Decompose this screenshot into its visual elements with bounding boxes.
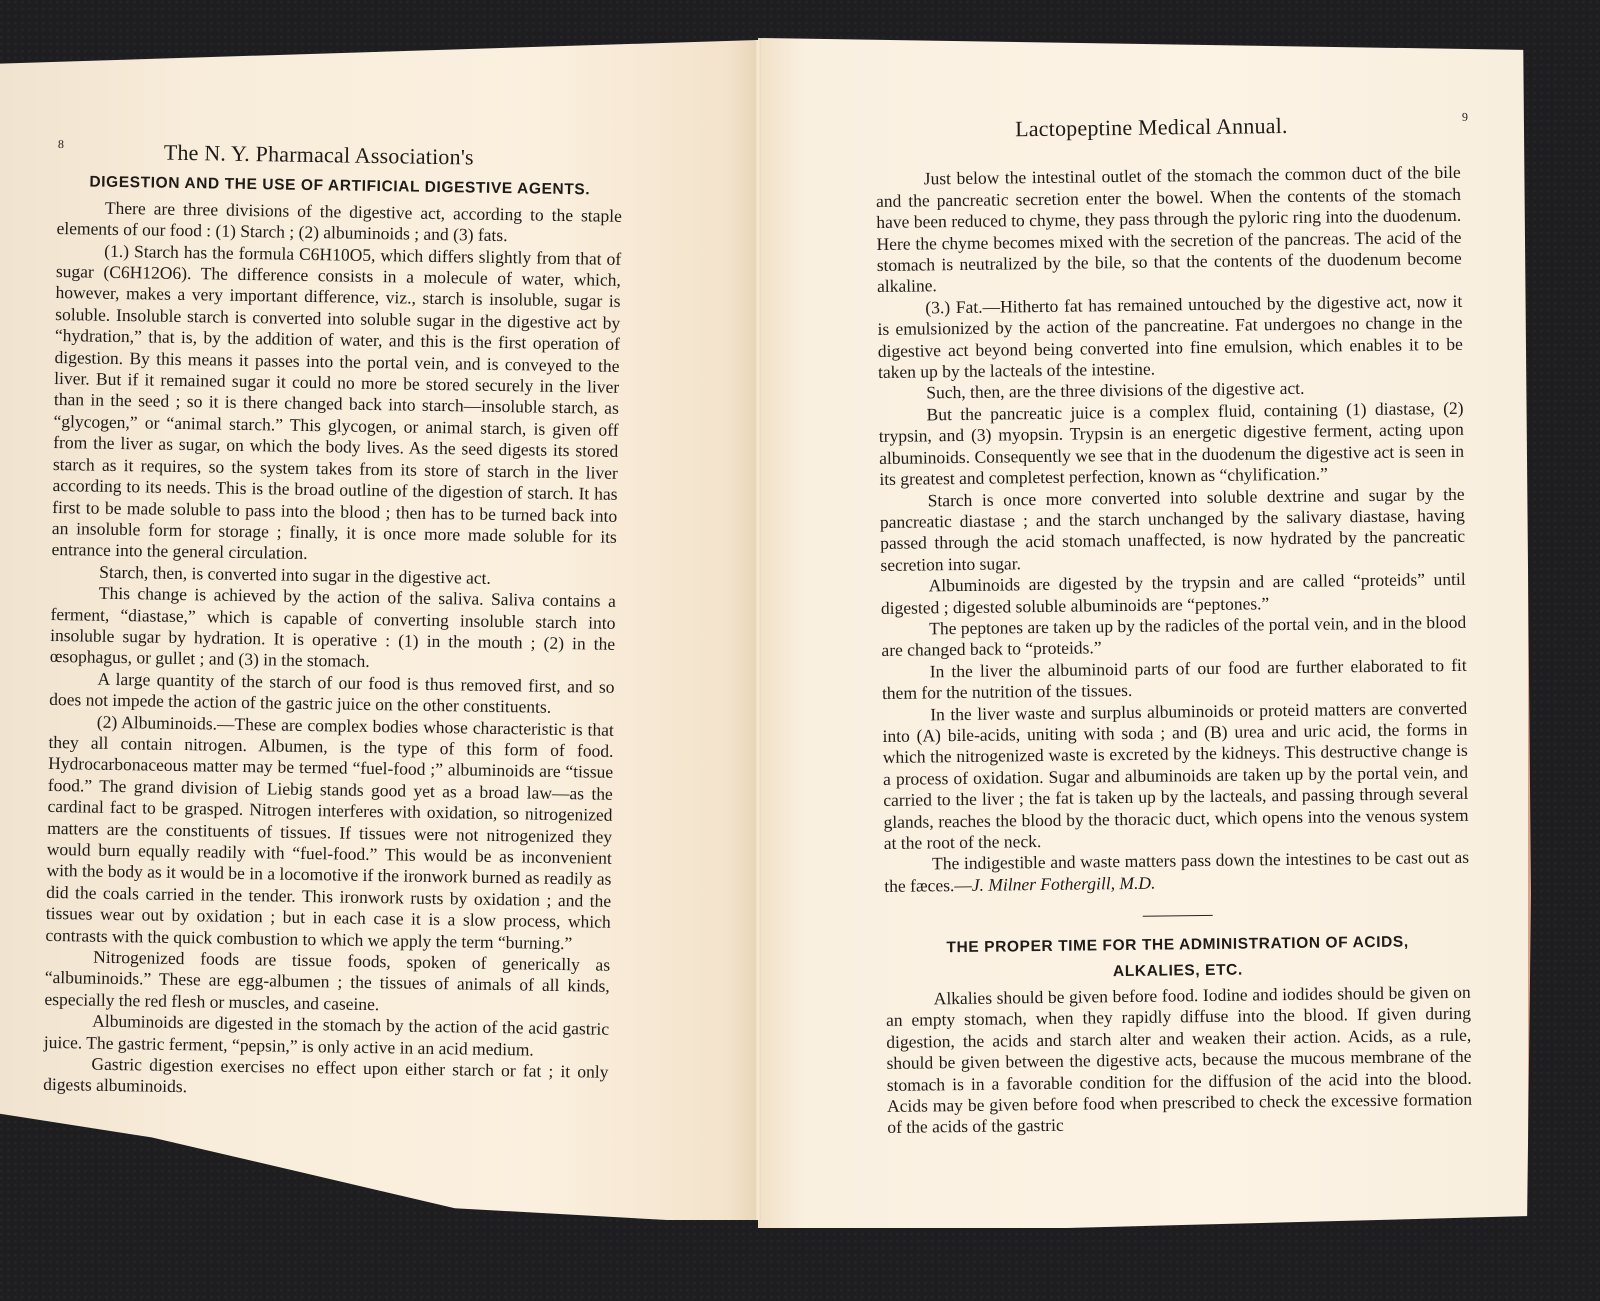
- paragraph: This change is achieved by the action of…: [50, 582, 616, 676]
- page-number-left: 8: [58, 134, 64, 155]
- paragraph: In the liver waste and surplus albuminoi…: [882, 697, 1469, 854]
- paragraph-fat: (3.) Fat.—Hitherto fat has remained unto…: [877, 291, 1463, 384]
- page-number-right: 9: [1462, 107, 1468, 128]
- running-title-left: The N. Y. Pharmacal Association's: [164, 142, 474, 168]
- section-title-digestion: DIGESTION AND THE USE OF ARTIFICIAL DIGE…: [57, 171, 622, 201]
- paragraph: Just below the intestinal outlet of the …: [876, 162, 1463, 298]
- paragraph: The peptones are taken up by the radicle…: [881, 612, 1466, 662]
- left-page-text: 8 The N. Y. Pharmacal Association's DIGE…: [43, 140, 623, 1105]
- paragraph: Albuminoids are digested by the trypsin …: [881, 569, 1466, 619]
- paragraph: But the pancreatic juice is a complex fl…: [878, 398, 1464, 491]
- book-gutter: [755, 40, 761, 1220]
- paragraph-starch: (1.) Starch has the formula C6H10O5, whi…: [51, 240, 621, 570]
- paragraph: Gastric digestion exercises no effect up…: [43, 1053, 609, 1105]
- paragraph-alkalies: Alkalies should be given before food. Io…: [886, 982, 1473, 1139]
- paragraph-albuminoids: (2) Albuminoids.—These are complex bodie…: [45, 710, 614, 954]
- section-divider: [1142, 915, 1212, 917]
- paragraph: Nitrogenized foods are tissue foods, spo…: [44, 946, 610, 1019]
- paragraph: Starch is once more converted into solub…: [880, 483, 1466, 576]
- paragraph-closing: The indigestible and waste matters pass …: [884, 847, 1469, 897]
- paragraph: In the liver the albuminoid parts of our…: [882, 655, 1467, 705]
- author-signature: J. Milner Fothergill, M.D.: [972, 872, 1156, 894]
- section-title-acids-line1: THE PROPER TIME FOR THE ADMINISTRATION O…: [885, 931, 1470, 960]
- right-page-text: Lactopeptine Medical Annual. 9 Just belo…: [875, 113, 1472, 1139]
- section-title-acids-line2: ALKALIES, ETC.: [885, 956, 1470, 985]
- running-title-right: Lactopeptine Medical Annual.: [1015, 115, 1288, 140]
